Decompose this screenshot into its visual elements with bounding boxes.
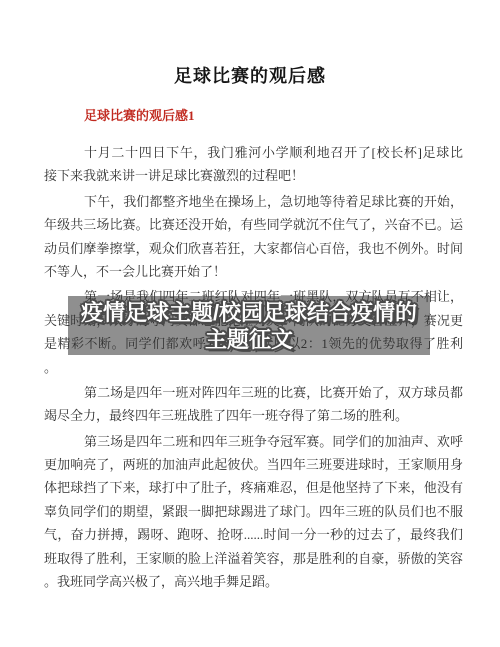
paragraph: 第二场是四年一班对阵四年三班的比赛，比赛开始了，双方球员都是竭尽全力，最终四年三…: [44, 381, 463, 428]
text-line: 动员们摩拳擦掌，观众们欣喜若狂，大家都信心百倍，我也不例外。时间: [44, 237, 463, 260]
text-line: 。: [44, 356, 463, 379]
section-heading: 足球比赛的观后感1: [44, 105, 463, 124]
document-page: 足球比赛的观后感 足球比赛的观后感1 十月二十四日下午，我门雅河小学顺利地召开了…: [0, 0, 500, 647]
text-line: 下午，我们都整齐地坐在操场上，急切地等待着足球比赛的开始，四: [44, 190, 463, 213]
watermark-banner: 疫情足球主题/校园足球结合疫情的 主题征文: [68, 296, 430, 355]
paragraph: 第三场是四年二班和四年三班争夺冠军赛。同学们的加油声、欢呼声更加响亮了，两班的加…: [44, 430, 463, 594]
text-line: 气，奋力拼搏，踢呀、跑呀、抢呀......时间一分一秒的过去了，最终我们: [44, 523, 463, 546]
text-line: 辜负同学们的期望，紧跟一脚把球踢进了球门。四年三班的队员们也不服: [44, 500, 463, 523]
text-line: 接下来我就来讲一讲足球比赛激烈的过程吧！: [44, 164, 463, 187]
text-line: 年级共三场比赛。比赛还没开始，有些同学就沉不住气了，兴奋不已。运: [44, 213, 463, 236]
paragraph: 下午，我们都整齐地坐在操场上，急切地等待着足球比赛的开始，四年级共三场比赛。比赛…: [44, 190, 463, 284]
text-line: 班取得了胜利，王家顺的脸上洋溢着笑容，那是胜利的自豪，骄傲的笑容: [44, 547, 463, 570]
watermark-text-line2: 主题征文: [205, 326, 293, 353]
text-line: 第三场是四年二班和四年三班争夺冠军赛。同学们的加油声、欢呼声: [44, 430, 463, 453]
article-body: 十月二十四日下午，我门雅河小学顺利地召开了[校长杯]足球比赛，接下来我就来讲一讲…: [44, 141, 463, 593]
paragraph: 十月二十四日下午，我门雅河小学顺利地召开了[校长杯]足球比赛，接下来我就来讲一讲…: [44, 141, 463, 188]
page-title: 足球比赛的观后感: [0, 0, 500, 88]
text-line: 。我班同学高兴极了，高兴地手舞足蹈。: [44, 570, 463, 593]
text-line: 第二场是四年一班对阵四年三班的比赛，比赛开始了，双方球员都是: [44, 381, 463, 404]
text-line: 十月二十四日下午，我门雅河小学顺利地召开了[校长杯]足球比赛，: [44, 141, 463, 164]
text-line: 更加响亮了，两班的加油声此起彼伏。当四年三班要进球时，王家顺用身: [44, 453, 463, 476]
text-line: 竭尽全力，最终四年三班战胜了四年一班夺得了第二场的胜利。: [44, 404, 463, 427]
text-line: 体把球挡了下来，球打中了肚子，疼痛难忍，但是他坚持了下来，他没有: [44, 476, 463, 499]
text-line: 不等人，不一会儿比赛开始了！: [44, 260, 463, 283]
watermark-text-line1: 疫情足球主题/校园足球结合疫情的: [81, 299, 417, 326]
